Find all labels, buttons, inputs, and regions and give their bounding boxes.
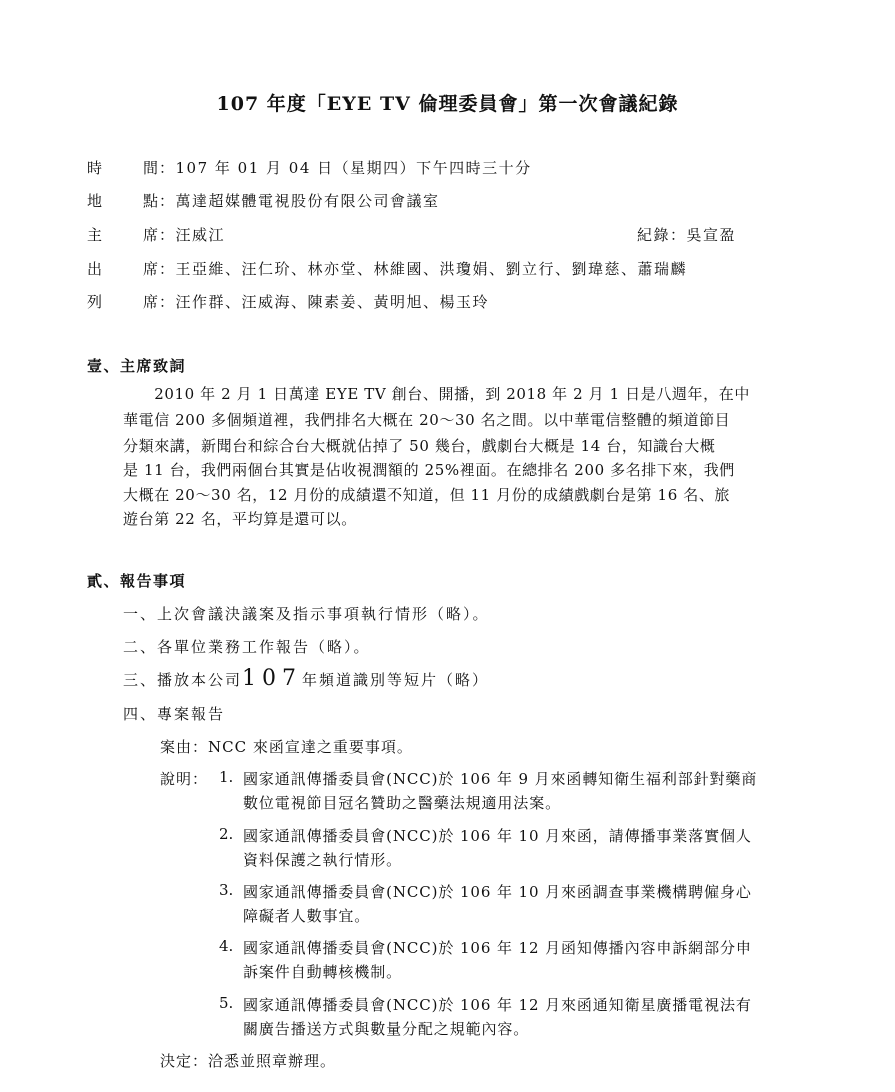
report-item-3-suffix: 年頻道識別等短片（略） <box>302 671 489 689</box>
meta-place-value: ：萬達超媒體電視股份有限公司會議室 <box>159 190 440 211</box>
paragraph-line: 華電信 200 多個頻道裡，我們排名大概在 20～30 名之間。以中華電信整體的… <box>123 409 730 430</box>
description-line-1: 國家通訊傳播委員會(NCC)於 106 年 12 月來函通知衛星廣播電視法有 <box>243 994 752 1015</box>
meta-observers-label-a: 列 <box>87 291 104 312</box>
description-number: 3. <box>219 881 233 899</box>
meta-observers-label-b: 席 <box>143 291 160 312</box>
description-label: 說明： <box>160 768 208 789</box>
meta-place-label-b: 點 <box>143 190 160 211</box>
decision: 決定：洽悉並照章辦理。 <box>160 1050 336 1071</box>
description-number: 4. <box>219 937 233 955</box>
paragraph-line: 分類來講，新聞台和綜合台大概就佔掉了 50 幾台，戲劇台大概是 14 台，知識台… <box>123 435 715 456</box>
meta-time-value: ：107 年 01 月 04 日（星期四）下午四時三十分 <box>159 157 532 178</box>
meta-chair-label-b: 席 <box>143 224 160 245</box>
description-line-2: 數位電視節目冠名贊助之醫藥法規適用法案。 <box>243 792 561 813</box>
meta-time-label-a: 時 <box>87 157 104 178</box>
meta-attendees-label-a: 出 <box>87 258 104 279</box>
description-number: 1. <box>219 768 233 786</box>
description-line-2: 訴案件自動轉核機制。 <box>243 961 402 982</box>
document-title: 107 年度「EYE TV 倫理委員會」第一次會議紀錄 <box>0 89 895 116</box>
description-line-1: 國家通訊傳播委員會(NCC)於 106 年 10 月來函調查事業機構聘僱身心 <box>243 881 752 902</box>
meta-attendees-value: ：王亞維、汪仁玠、林亦堂、林維國、洪瓊娟、劉立行、劉瑋慈、蕭瑞麟 <box>159 258 687 279</box>
section-2-heading: 貳、報告事項 <box>87 570 186 591</box>
document-page: 107 年度「EYE TV 倫理委員會」第一次會議紀錄 時 間 ：107 年 0… <box>0 0 895 1092</box>
description-line-2: 資料保護之執行情形。 <box>243 849 402 870</box>
meta-place-label-a: 地 <box>87 190 104 211</box>
paragraph-line: 2010 年 2 月 1 日萬達 EYE TV 創台、開播，到 2018 年 2… <box>123 383 750 404</box>
description-line-1: 國家通訊傳播委員會(NCC)於 106 年 9 月來函轉知衛生福利部針對藥商 <box>243 768 757 789</box>
paragraph-line: 是 11 台，我們兩個台其實是佔收視潤額的 25%裡面。在總排名 200 多名排… <box>123 459 735 480</box>
description-number: 5. <box>219 994 233 1012</box>
case-subject: 案由：NCC 來函宣達之重要事項。 <box>160 736 413 757</box>
report-item-2: 二、各單位業務工作報告（略）。 <box>123 636 371 657</box>
meta-attendees-label-b: 席 <box>143 258 160 279</box>
report-item-3-number: 107 <box>242 666 302 691</box>
report-item-4: 四、專案報告 <box>123 703 225 724</box>
paragraph-line: 遊台第 22 名，平均算是還可以。 <box>123 508 357 529</box>
meta-chair-label-a: 主 <box>87 224 104 245</box>
meta-recorder: 紀錄：吳宣盈 <box>637 224 736 245</box>
meta-time-label-b: 間 <box>143 157 160 178</box>
paragraph-line: 大概在 20～30 名，12 月份的成績還不知道，但 11 月份的成績戲劇台是第… <box>123 484 730 505</box>
report-item-1: 一、上次會議決議案及指示事項執行情形（略）。 <box>123 603 490 624</box>
description-line-2: 障礙者人數事宜。 <box>243 905 370 926</box>
section-1-heading: 壹、主席致詞 <box>87 355 186 376</box>
meta-chair-value: ：汪威江 <box>159 224 225 245</box>
report-item-3-prefix: 三、播放本公司 <box>123 671 242 689</box>
description-line-1: 國家通訊傳播委員會(NCC)於 106 年 10 月來函，請傳播事業落實個人 <box>243 825 752 846</box>
description-line-2: 關廣告播送方式與數量分配之規範內容。 <box>243 1018 529 1039</box>
report-item-3: 三、播放本公司107年頻道識別等短片（略） <box>123 666 489 691</box>
meta-observers-value: ：汪作群、汪威海、陳素姜、黃明旭、楊玉玲 <box>159 291 489 312</box>
description-line-1: 國家通訊傳播委員會(NCC)於 106 年 12 月函知傳播內容申訴網部分申 <box>243 937 752 958</box>
description-number: 2. <box>219 825 233 843</box>
